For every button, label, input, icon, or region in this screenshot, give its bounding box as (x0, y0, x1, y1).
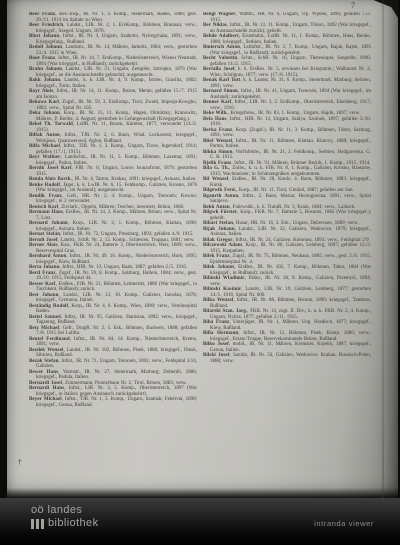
register-entry: Bernard Johann, Korp., LIR. Nr. 2, 1. Ko… (29, 221, 197, 232)
register-entry: Blost Johann, Inftst., IR. Nr. 3, Ungarn… (29, 34, 197, 45)
register-entry: Behde Adalbert, Eisenbahn., LstIR. Nr. 1… (203, 34, 371, 45)
register-entry: Bayr Alois, Inftst., IR. Nr. 14, 11. Kom… (29, 89, 197, 100)
register-entry: Blief Wenzel, Inftst., IR. Nr. 11, Böhme… (203, 139, 371, 150)
logo-text-line2: bibliothek (48, 517, 98, 530)
register-entry: Bikka Simon, Vorftsfeldw., IR. Nr. 21, 2… (203, 150, 371, 161)
register-entry: Bila G. Th., Zollw., k. u. k. FJB. Nr. 8… (203, 166, 371, 177)
register-entry: Bermann Hans, ErsRes., IR. Nr. 14, 2. Ko… (29, 210, 197, 221)
register-entry: Beke Wilh., Kriegsfreiw., IR. Nr. 83, 1.… (203, 111, 371, 117)
register-entry: Bertl Franz, Zugsf., IR. Nr. 59, 8. Komp… (29, 271, 197, 282)
viewer-bottom-bar: oö landes bibliothek intranda viewer (0, 498, 400, 545)
register-entry: Beständig Rudolf, Korp., IR. Nr. 4, 6. K… (29, 304, 197, 315)
register-entry: Beer Franz, Bes.-Insp., IR. Nr. 1, 4. Ko… (29, 12, 197, 23)
register-entry: Beyer Michael, Inftst., TJR. Nr. 1, 5. K… (29, 397, 197, 408)
register-entry: Brahn Johann, Landst., LIR. Nr. 21, Unga… (29, 67, 197, 78)
register-entry: Bernik Josef Karl, FJB. Nr. 6, Ungarn, L… (29, 166, 197, 177)
register-entry: Berka Franz, Korp. (Zugsf.), IR. Nr. 11,… (203, 128, 371, 139)
register-entry: Bil Wenzel, ErsRes., IR. Nr. 28, Kmdo. 4… (203, 177, 371, 188)
register-entry: Bekel Th. Torwald, LstIR. Nr. 11, Bozen,… (29, 122, 197, 133)
column-left: Beer Franz, Bes.-Insp., IR. Nr. 1, 4. Ko… (29, 12, 197, 490)
register-entry: Bernhard Anton, Inftst., IR. Nr. 49, 16.… (29, 254, 197, 265)
register-entry: Beyr Wallner, Landschtz., IR. Nr. 11, 5.… (29, 155, 197, 166)
register-entry: Beer Friedrich, Landst., LIR. Nr. 2, 1. … (29, 23, 197, 34)
register-entry: Bekowa Karl, Zugsf., IR. Nr. 59, 3. ErsK… (29, 100, 197, 111)
register-entry: Berner Alois, Kan., FKR. Nr. 24, Batteri… (29, 243, 197, 254)
logo-text-line1: oö landes (31, 504, 98, 517)
register-entry: Bilek Johann, ErsRes., IR. Nr. 102, 7. K… (203, 265, 371, 276)
register-entry: Bertalla Josef, k. k. ErsRes. Nr. 5, erw… (203, 67, 371, 78)
register-entry: Beutel Ferdinand, Inftst., IR. Nr. 84, 1… (29, 337, 197, 348)
page-scan[interactable]: 7 Beer Franz, Bes.-Insp., IR. Nr. 1, 4. … (7, 0, 398, 498)
logo-bars-icon (31, 519, 44, 529)
register-entry: Bewer Hans, Vormstr., IR. Nr. 27, Steier… (29, 370, 197, 381)
register-entry: Bedolf Johann, Landstm., IR. Nr. 14, Mäh… (29, 45, 197, 56)
page-number: 7 (351, 1, 355, 10)
margin-mark: † (18, 458, 22, 466)
register-entry: Benke Rudolf, Jäger, k. k. LwIR. Nr. 6, … (29, 183, 197, 194)
register-entry: Bilfa Michael, Inftst., TJR. Nr. 1, 3. K… (29, 144, 197, 155)
register-entry: Bengl Wagner, Waffm., HR. Nr. 6, Ungarn,… (203, 12, 371, 23)
register-entry: Bilko Josef, mobil., IR. Nr. 11, Mähren,… (203, 342, 371, 353)
viewer-brand-label[interactable]: intranda viewer (314, 519, 374, 528)
register-entry: Becht Valentin, Schtz., SchR. Nr. 16, Un… (203, 56, 371, 67)
register-entry: Bettel Samuel, Inftst., IR. Nr. 95, Gali… (29, 315, 197, 326)
register-entry: Bilski Josef, Sanität, IR. Nr. 56, Galiz… (203, 353, 371, 364)
register-entry: Bilinski Wladimir, Fähnr., IR. Nr. 30, 9… (203, 276, 371, 287)
register-entry: Bela Hans, Inftst., HIR. Nr. 13, Ungarn,… (203, 117, 371, 128)
register-entry: Besser Karl, ErsRes., FJB. Nr. 21, Böhme… (29, 282, 197, 293)
register-entry: Bilka Wenzel, Inftst., IR. Nr. 88, Böhme… (203, 298, 371, 309)
column-right: Bengl Wagner, Waffm., HR. Nr. 6, Ungarn,… (203, 12, 371, 490)
register-entry: Benner Karl, Inftst., LIR. Nr. 3, 2. Ers… (203, 100, 371, 111)
register-entry: Bilinski Kasimir, Landst., LIR. Nr. 19, … (203, 287, 371, 298)
register-entry: Bernard Simon, Inftst., IR. Nr. 41, Unga… (203, 89, 371, 100)
register-entry: Bilgwk Förster, Korp., FKR. Nr. 7, Batte… (203, 210, 371, 221)
register-entry: Deka Johann, Korp., IR. Nr. 15, 11. Komp… (29, 111, 197, 122)
register-entry: Billa Hermann, Inftst., IR. Nr. 11, Böhm… (203, 331, 371, 342)
register-entry: Bmiersch Anton, LstInftst., IR. Nr. 3, 7… (203, 45, 371, 56)
register-entry: Bganrth Anton, Inftst., 2. Baon, Mostar,… (203, 194, 371, 205)
register-entry: Bilfak Anton, Inftst., TJR. Nr. 2, 6. Ba… (29, 133, 197, 144)
viewer-canvas: 7 Beer Franz, Bes.-Insp., IR. Nr. 1, 4. … (0, 0, 400, 545)
register-entry: Bendik Franz, Gefr., HR. Nr. 2, 4. Komp.… (29, 194, 197, 205)
register-entry: Bakk Johann, Landst., k. k. LIR. Nr. 4, … (29, 78, 197, 89)
register-entry: Best Johann, Landst., LIR. Nr. 13, 10. K… (29, 293, 197, 304)
register-entry: Bour Franz, Inftst., IR. Nr. 14, 7. ErsK… (29, 56, 197, 67)
register-entry: Bilczewski Adam, Korp., IR. Nr. 80, Gali… (203, 243, 371, 254)
register-entry: Bilek Franz, Zugsf., IR. Nr. 75, Böhmen,… (203, 254, 371, 265)
register-entry: Bilarski Stan. Jarg., FKR. Nr. 14, zugt.… (203, 309, 371, 320)
register-entry: Biha Franz, Unterjäger, JR. Nr. 1, Mähre… (203, 320, 371, 331)
register-entry: Benak Karl Tott, k. k. Landst. Nr. 31, 6… (203, 78, 371, 89)
page-corner-shadow (368, 0, 398, 18)
register-entry: Bezdek Wenzel, Landst., IR. Nr. 102, Böh… (29, 348, 197, 359)
register-entry: Bernardi Hans, Inftst., LIR. Nr. 3, 5. K… (29, 386, 197, 397)
library-logo[interactable]: oö landes bibliothek (31, 504, 98, 530)
register-entry: Bijak Johann, Landst., LIR. Nr. 32, Gali… (203, 227, 371, 238)
register-entry: Ber Niklas, Inftst., IR. Nr. 11, 11. Kom… (203, 23, 371, 34)
register-entry: Bezak Stefan, Inftst., IR. Nr. 71, Ungar… (29, 359, 197, 370)
page-bottom-edge (7, 488, 398, 498)
register-entry: Betz Michael, Gefr., DragR. Nr. 2, 5. Es… (29, 326, 197, 337)
